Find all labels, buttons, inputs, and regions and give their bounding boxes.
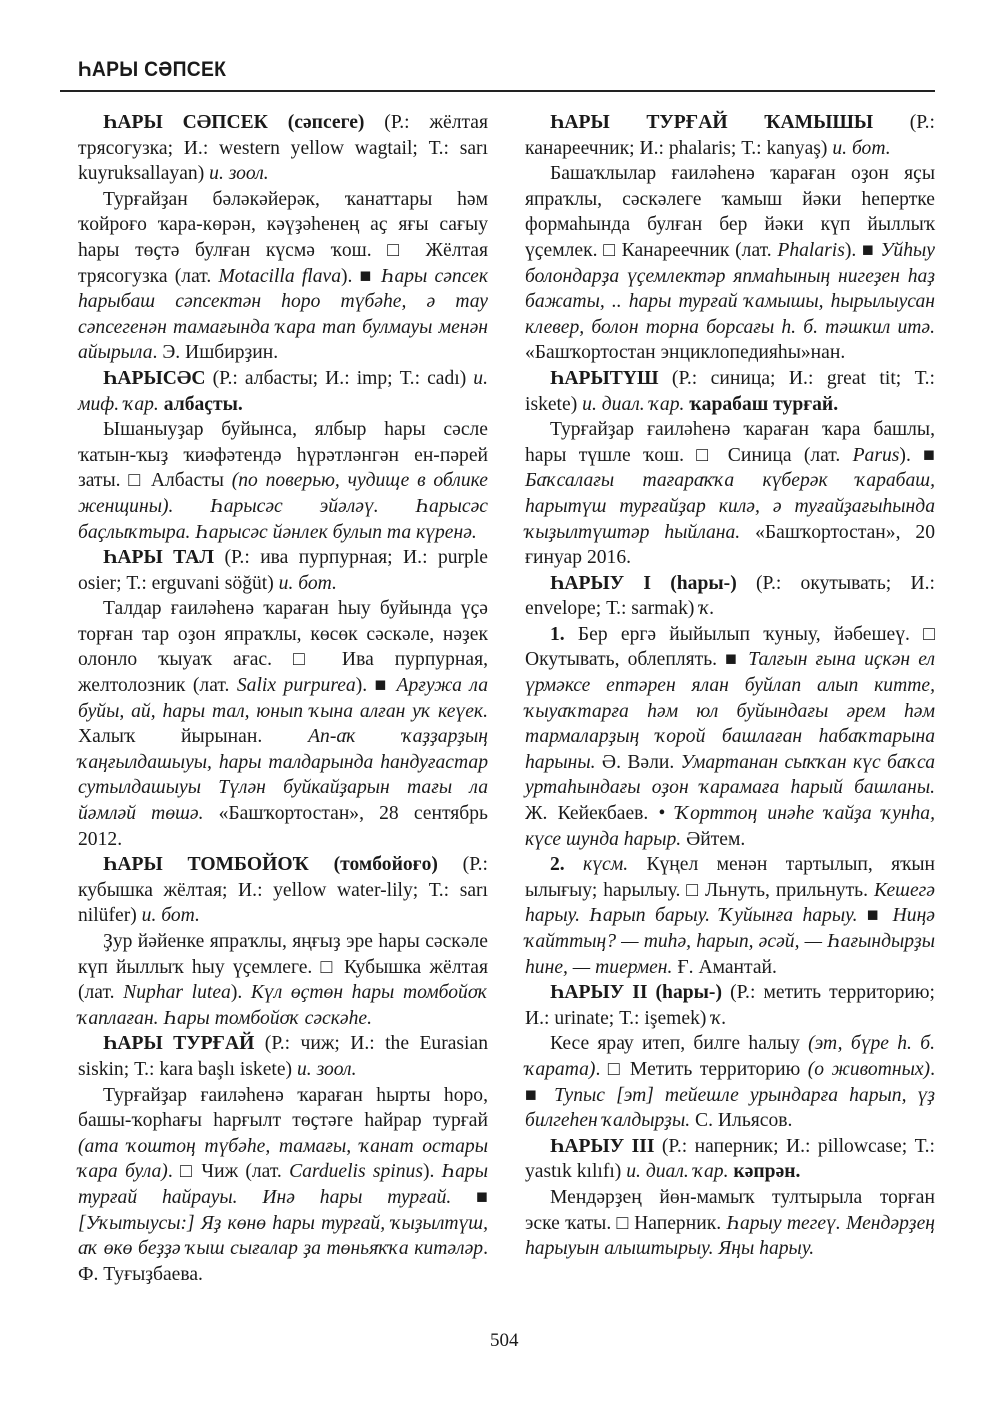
definition-paragraph: Турғайҙан бәләкәйерәк, ҡанаттары һәм ҡой… (78, 187, 488, 366)
headword: ҺАРЫСӘС (103, 368, 206, 389)
bold-text: кәпрән. (729, 1161, 801, 1182)
italic-text: (о животных) (808, 1059, 930, 1080)
bold-text: 1. (550, 624, 565, 645)
headword: ҺАРЫУ III (550, 1136, 654, 1157)
definition-paragraph: Турғайҙар ғаиләһенә ҡараған ҡара башлы, … (525, 417, 935, 571)
text (565, 854, 583, 875)
headword: ҺАРЫ ТУРҒАЙ ҠАМЫШЫ (550, 112, 873, 133)
text: . □ Чиж (лат. (168, 1161, 289, 1182)
italic-text: Carduelis spinus (289, 1161, 423, 1182)
headword: ҺАРЫ СӘПСЕК (сәпсеге) (103, 112, 364, 133)
dictionary-entry-heading: ҺАРЫ ТУРҒАЙ ҠАМЫШЫ (Р.: канареечник; И.:… (525, 110, 935, 161)
text: Халыҡ йырынан. (78, 726, 308, 747)
italic-text: и. диал. ҡар. (626, 1161, 728, 1182)
italic-text: ҡ. (699, 598, 714, 619)
italic-text: Motacilla flava (218, 266, 341, 287)
italic-text: Phalaris (777, 240, 845, 261)
dictionary-entry-heading: ҺАРЫУ III (Р.: наперник; И.: pillowcase;… (525, 1134, 935, 1185)
text: ). (423, 1161, 442, 1182)
dictionary-entry-heading: ҺАРЫУ II (һары-) (Р.: метить территорию;… (525, 980, 935, 1031)
italic-text: и. зоол. (209, 163, 269, 184)
text: ). ■ (899, 445, 935, 466)
italic-text: и. зоол. (297, 1059, 357, 1080)
definition-paragraph: Ышаныуҙар буйынса, ялбыр һары сәсле ҡаты… (78, 417, 488, 545)
text: Ғ. Амантай. (672, 957, 777, 978)
definition-paragraph: 2. күсм. Күңел менән тартылып, яҡын ылығ… (525, 852, 935, 980)
text: ). ■ (341, 266, 381, 287)
bold-text: ҡарабаш турғай. (684, 394, 838, 415)
bold-text: албаҫты. (159, 394, 243, 415)
text: Ә. Вәли. (596, 752, 681, 773)
header-rule (60, 90, 935, 92)
right-column: ҺАРЫ ТУРҒАЙ ҠАМЫШЫ (Р.: канареечник; И.:… (525, 110, 935, 1262)
italic-text: и. бот. (279, 573, 337, 594)
text: ). ■ (845, 240, 881, 261)
bold-text: 2. (550, 854, 565, 875)
headword: ҺАРЫ ТАЛ (103, 547, 214, 568)
italic-text: Nuphar lutea (123, 982, 231, 1003)
headword: ҺАРЫТҮШ (550, 368, 658, 389)
headword: ҺАРЫ ТУРҒАЙ (103, 1033, 254, 1054)
italic-text: күсм. (583, 854, 628, 875)
running-head: ҺАРЫ СӘПСЕК (78, 58, 226, 82)
dictionary-entry-heading: ҺАРЫТҮШ (Р.: синица; И.: great tit; Т.: … (525, 366, 935, 417)
dictionary-entry-heading: ҺАРЫ ТОМБОЙОҠ (томбойоғо) (Р.: кубышка ж… (78, 852, 488, 929)
text: Кесе ярау итеп, билге һалыу (550, 1033, 808, 1054)
dictionary-entry-heading: ҺАРЫУ I (һары-) (Р.: окутывать; И.: enve… (525, 571, 935, 622)
text: С. Ильясов. (690, 1110, 792, 1131)
dictionary-entry-heading: ҺАРЫ СӘПСЕК (сәпсеге) (Р.: жёлтая трясог… (78, 110, 488, 187)
italic-text: Salix purpurea (237, 675, 356, 696)
dictionary-entry-heading: ҺАРЫ ТАЛ (Р.: ива пурпурная; И.: purple … (78, 545, 488, 596)
text: ). (231, 982, 251, 1003)
definition-paragraph: Кесе ярау итеп, билге һалыу (эт, бүре һ.… (525, 1031, 935, 1133)
definition-paragraph: 1. Бер ергә йыйылып ҡуныу, йәбешеү. □ Ок… (525, 622, 935, 852)
headword: ҺАРЫУ I (һары-) (550, 573, 737, 594)
text: «Башҡортостан энциклопедияһы»нан. (525, 342, 845, 363)
dictionary-entry-heading: ҺАРЫ ТУРҒАЙ (Р.: чиж; И.: the Eurasian s… (78, 1031, 488, 1082)
text: (Р.: албасты; И.: imp; Т.: cadı) (206, 368, 474, 389)
italic-text: Parus (853, 445, 900, 466)
page-number: 504 (490, 1330, 519, 1352)
text: ■ (857, 905, 892, 926)
text: Әйтем. (681, 829, 745, 850)
italic-text: и. бот. (832, 138, 890, 159)
italic-text: и. бот. (142, 905, 200, 926)
definition-paragraph: Башаҡлылар ғаиләһенә ҡараған оҙон яҫы яп… (525, 161, 935, 366)
italic-text: [Уҡытыусы:] Яҙ көнө һары турғай, ҡыҙылтү… (78, 1213, 488, 1260)
definition-paragraph: Ҙур йәйенке япраҡлы, яңғыҙ эре һары сәск… (78, 929, 488, 1031)
headword: ҺАРЫ ТОМБОЙОҠ (томбойоғо) (103, 854, 438, 875)
text: ). ■ (356, 675, 397, 696)
left-column: ҺАРЫ СӘПСЕК (сәпсеге) (Р.: жёлтая трясог… (78, 110, 488, 1287)
dictionary-entry-heading: ҺАРЫСӘС (Р.: албасты; И.: imp; Т.: cadı)… (78, 366, 488, 417)
text: . Э. Ишбирҙин. (153, 342, 279, 363)
definition-paragraph: Талдар ғаиләһенә ҡараған һыу буйында үҫә… (78, 596, 488, 852)
text: Ж. Кейекбаев. • (525, 803, 675, 824)
text: ■ (451, 1187, 488, 1208)
text: Турғайҙар ғаиләһенә ҡараған һырты һоро, … (78, 1085, 488, 1132)
definition-paragraph: Турғайҙар ғаиләһенә ҡараған һырты һоро, … (78, 1083, 488, 1288)
headword: ҺАРЫУ II (һары-) (550, 982, 722, 1003)
text: . □ Метить территорию (595, 1059, 807, 1080)
italic-text: и. диал. ҡар. (582, 394, 684, 415)
definition-paragraph: Мендәрҙең йөн-мамыҡ тултырыла торған эск… (525, 1185, 935, 1262)
italic-text: ҡ. (711, 1008, 726, 1029)
